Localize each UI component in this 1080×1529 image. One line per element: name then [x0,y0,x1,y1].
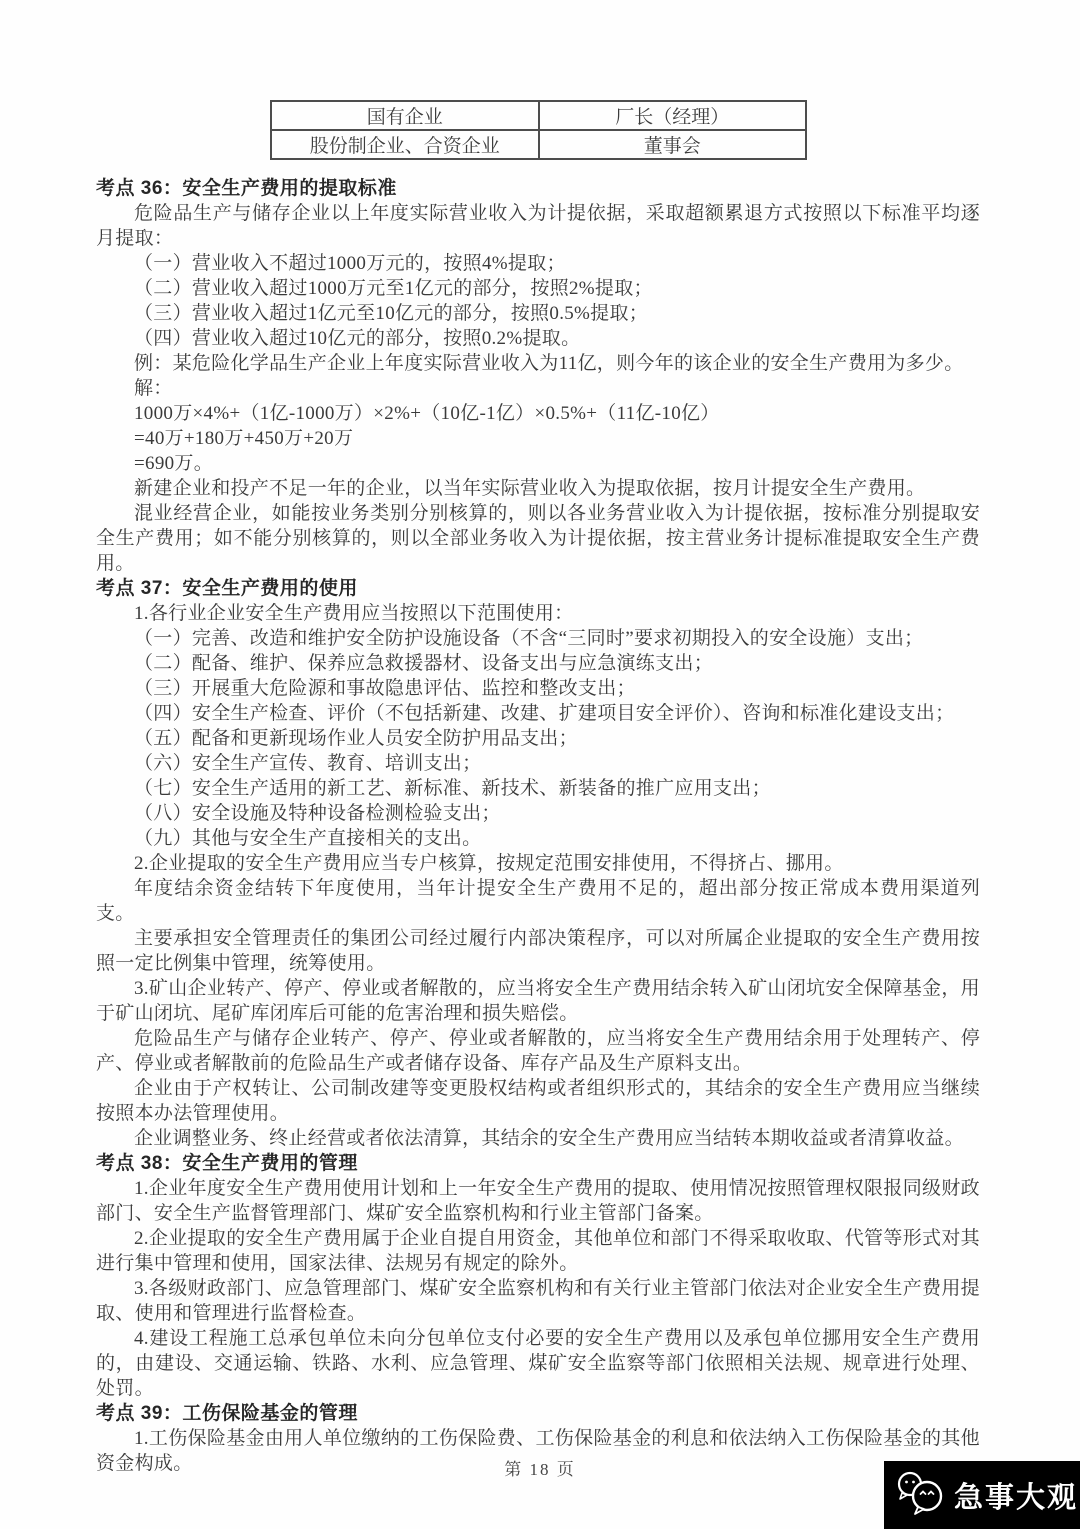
paragraph: （三）开展重大危险源和事故隐患评估、监控和整改支出； [96,676,980,701]
paragraph: 危险品生产与储存企业转产、停产、停业或者解散的，应当将安全生产费用结余用于处理转… [96,1026,980,1076]
paragraph: 3.矿山企业转产、停产、停业或者解散的，应当将安全生产费用结余转入矿山闭坑安全保… [96,976,980,1026]
paragraph: （七）安全生产适用的新工艺、新标准、新技术、新装备的推广应用支出； [96,776,980,801]
section-heading: 考点 38：安全生产费用的管理 [96,1151,980,1176]
table-cell: 国有企业 [271,101,539,130]
paragraph: 例：某危险化学品生产企业上年度实际营业收入为11亿，则今年的该企业的安全生产费用… [96,351,980,376]
paragraph: （二）营业收入超过1000万元至1亿元的部分，按照2%提取； [96,276,980,301]
table-cell: 董事会 [539,130,807,159]
paragraph: （五）配备和更新现场作业人员安全防护用品支出； [96,726,980,751]
paragraph: 混业经营企业，如能按业务类别分别核算的，则以各业务营业收入为计提依据，按标准分别… [96,501,980,576]
chat-bubbles-icon [894,1469,948,1522]
document-blocks: 考点 36：安全生产费用的提取标准危险品生产与储存企业以上年度实际营业收入为计提… [96,176,980,1476]
watermark-badge: 急事大观 [884,1461,1080,1529]
section-heading: 考点 36：安全生产费用的提取标准 [96,176,980,201]
org-responsibility-table: 国有企业厂长（经理）股份制企业、合资企业董事会 [270,100,807,160]
section-heading: 考点 37：安全生产费用的使用 [96,576,980,601]
table-cell: 厂长（经理） [539,101,807,130]
paragraph: 2.企业提取的安全生产费用属于企业自提自用资金，其他单位和部门不得采取收取、代管… [96,1226,980,1276]
section-heading: 考点 39：工伤保险基金的管理 [96,1401,980,1426]
paragraph: （四）营业收入超过10亿元的部分，按照0.2%提取。 [96,326,980,351]
paragraph: （六）安全生产宣传、教育、培训支出； [96,751,980,776]
org-table-body: 国有企业厂长（经理）股份制企业、合资企业董事会 [271,101,806,159]
table-row: 股份制企业、合资企业董事会 [271,130,806,159]
paragraph: 1000万×4%+（1亿-1000万）×2%+（10亿-1亿）×0.5%+（11… [96,401,980,426]
paragraph: 企业由于产权转让、公司制改建等变更股权结构或者组织形式的，其结余的安全生产费用应… [96,1076,980,1126]
paragraph: 4.建设工程施工总承包单位未向分包单位支付必要的安全生产费用以及承包单位挪用安全… [96,1326,980,1401]
paragraph: 年度结余资金结转下年度使用，当年计提安全生产费用不足的，超出部分按正常成本费用渠… [96,876,980,926]
paragraph: 新建企业和投产不足一年的企业，以当年实际营业收入为提取依据，按月计提安全生产费用… [96,476,980,501]
paragraph: （二）配备、维护、保养应急救援器材、设备支出与应急演练支出； [96,651,980,676]
paragraph: 主要承担安全管理责任的集团公司经过履行内部决策程序，可以对所属企业提取的安全生产… [96,926,980,976]
paragraph: 3.各级财政部门、应急管理部门、煤矿安全监察机构和有关行业主管部门依法对企业安全… [96,1276,980,1326]
paragraph: 1.各行业企业安全生产费用应当按照以下范围使用： [96,601,980,626]
paragraph: （八）安全设施及特种设备检测检验支出； [96,801,980,826]
paragraph: 企业调整业务、终止经营或者依法清算，其结余的安全生产费用应当结转本期收益或者清算… [96,1126,980,1151]
watermark-text: 急事大观 [954,1475,1078,1516]
table-cell: 股份制企业、合资企业 [271,130,539,159]
paragraph: 2.企业提取的安全生产费用应当专户核算，按规定范围安排使用，不得挤占、挪用。 [96,851,980,876]
paragraph: （九）其他与安全生产直接相关的支出。 [96,826,980,851]
paragraph: 危险品生产与储存企业以上年度实际营业收入为计提依据，采取超额累退方式按照以下标准… [96,201,980,251]
paragraph: （一）完善、改造和维护安全防护设施设备（不含“三同时”要求初期投入的安全设施）支… [96,626,980,651]
paragraph: （四）安全生产检查、评价（不包括新建、改建、扩建项目安全评价）、咨询和标准化建设… [96,701,980,726]
paragraph: （一）营业收入不超过1000万元的，按照4%提取； [96,251,980,276]
paragraph: 解： [96,376,980,401]
paragraph: 1.企业年度安全生产费用使用计划和上一年安全生产费用的提取、使用情况按照管理权限… [96,1176,980,1226]
paragraph: =40万+180万+450万+20万 [96,426,980,451]
paragraph: （三）营业收入超过1亿元至10亿元的部分，按照0.5%提取； [96,301,980,326]
table-row: 国有企业厂长（经理） [271,101,806,130]
document-page: 国有企业厂长（经理）股份制企业、合资企业董事会 考点 36：安全生产费用的提取标… [0,0,1080,1529]
paragraph: =690万。 [96,451,980,476]
